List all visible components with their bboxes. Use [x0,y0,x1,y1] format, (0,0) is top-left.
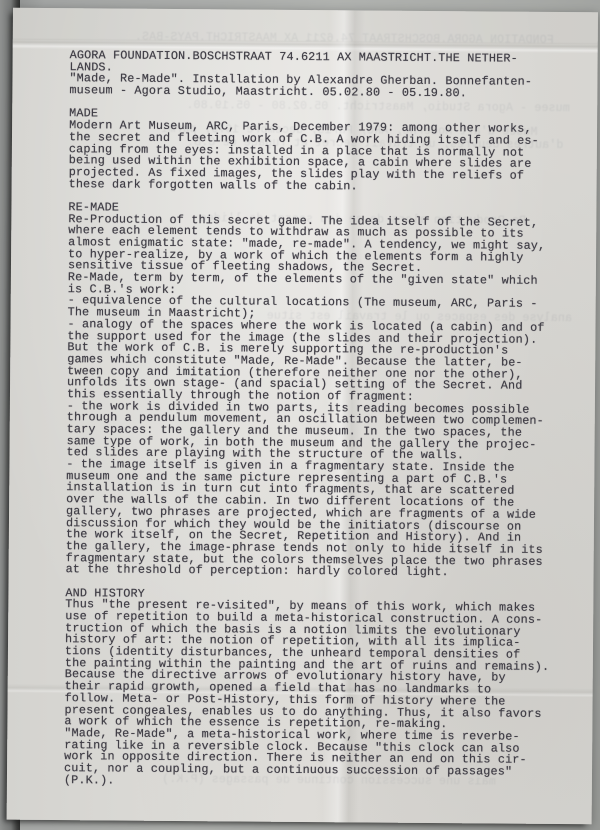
scan-background: FONDATION AGORA.BOSCHSTRAAT 74.6211 AX M… [0,0,600,830]
typed-text: AGORA FOUNDATION.BOSCHSTRAAT 74.6211 AX … [64,50,562,790]
bleedthrough-line: FONDATION AGORA.BOSCHSTRAAT 74.6211 AX M… [135,31,554,47]
paper-sheet: FONDATION AGORA.BOSCHSTRAAT 74.6211 AX M… [7,8,598,825]
